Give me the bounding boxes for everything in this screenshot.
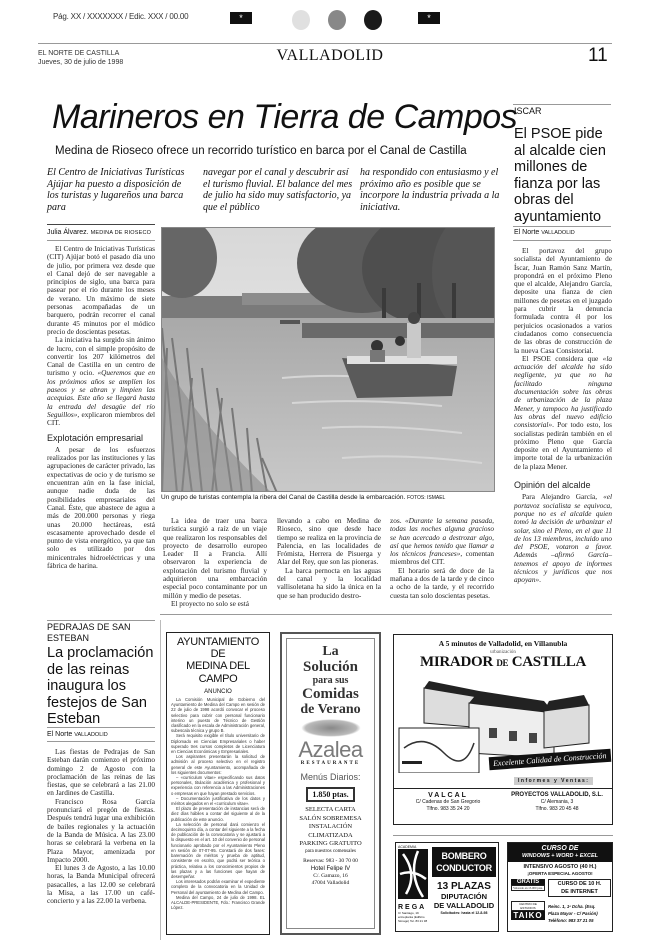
bombero-banner: BOMBERO CONDUCTOR	[432, 847, 496, 877]
register-mark-icon: *	[230, 12, 252, 24]
paragraph: llevando a cabo en Medina de Rioseco, si…	[277, 517, 381, 567]
byline: Julia Álvarez. MEDINA DE RIOSECO	[47, 229, 151, 236]
paragraph: zos. «Durante la semana pasada, todas la…	[390, 517, 494, 567]
bottom-article-body: Las fiestas de Pedrajas de San Esteban d…	[47, 748, 155, 906]
color-dot-black-icon	[364, 10, 382, 30]
masthead-info: EL NORTE DE CASTILLA Jueves, 30 de julio…	[38, 49, 123, 67]
bottom-byline-rule-2	[47, 741, 155, 742]
bottom-byline-rule	[47, 727, 155, 728]
byline-rule	[47, 224, 155, 225]
sidebar-rule-top	[513, 104, 611, 105]
article-column-1: El Centro de Iniciativas Turísticas (CIT…	[47, 245, 155, 570]
paragraph: El Centro de Iniciativas Turísticas (CIT…	[47, 245, 155, 336]
article-column-4: zos. «Durante la semana pasada, todas la…	[390, 517, 494, 600]
paragraph: La idea de traer una barca turística sur…	[163, 517, 267, 600]
ads-divider	[393, 835, 613, 836]
boat-canal-photo-icon	[162, 228, 495, 492]
paragraph: El horario será de doce de la mañana a d…	[390, 567, 494, 600]
byline-author: Julia Álvarez.	[47, 229, 89, 236]
main-headline: Marineros en Tierra de Campos	[52, 98, 517, 137]
lede-col-2: navegar por el canal y descubrir así el …	[203, 167, 355, 213]
sidebar-kicker: ISCAR	[514, 106, 542, 116]
color-dot-light-icon	[292, 10, 310, 30]
price-box: 1.850 ptas.	[306, 787, 354, 802]
ad-title-1: AYUNTAMIENTO DE	[171, 636, 265, 660]
article-photo	[161, 227, 495, 492]
ad-azalea-restaurante[interactable]: La Solución para sus Comidas de Verano A…	[280, 632, 381, 935]
photo-credit: FOTOS: ISMAEL	[407, 495, 445, 501]
register-mark-icon: *	[418, 12, 440, 24]
byline-place: MEDINA DE RIOSECO	[91, 230, 152, 236]
subtitle-explotacion: Explotación empresarial	[47, 434, 155, 442]
bottom-article-headline: La proclamación de las reinas inaugura l…	[47, 645, 157, 728]
paragraph: El proyecto no solo se está	[163, 600, 267, 608]
bottom-section-rule	[160, 614, 612, 615]
print-page-info: Pág. XX / XXXXXXX / Edic. XXX / 00.00	[53, 12, 188, 21]
paragraph: El lunes 3 de Agosto, a las 10.00 horas,…	[47, 864, 155, 905]
mirador-brand: MIRADOR DE CASTILLA	[394, 655, 612, 671]
newspaper-name: EL NORTE DE CASTILLA	[38, 49, 123, 58]
paragraph: La iniciativa ha surgido sin ánimo de lu…	[47, 336, 155, 427]
section-title: VALLADOLID	[230, 47, 430, 65]
color-dot-gray-icon	[328, 10, 346, 30]
bottom-article-rule	[47, 620, 155, 621]
ad-mirador-de-castilla[interactable]: A 5 minutos de Valladolid, en Villanubla…	[393, 634, 613, 825]
curso-banner: CURSO DE WINDOWS + WORD + EXCEL	[508, 843, 612, 862]
paragraph: El PSOE considera que «la actuación del …	[514, 355, 612, 471]
lede-col-3: ha respondido con entusiasmo y el próxim…	[360, 167, 505, 213]
ad-subtitle: ANUNCIO	[171, 689, 265, 695]
rega-logo: ACADEMIA REGA C/ Santiago, 19 entreplant…	[398, 845, 428, 931]
company-valcal: VALCAL C/ Cadenas de San Gregorio Tlfno.…	[398, 792, 498, 813]
paragraph: A pesar de los esfuerzos realizados por …	[47, 446, 155, 570]
main-subheadline: Medina de Rioseco ofrece un recorrido tu…	[55, 145, 467, 157]
ad-body: La Comisión Municipal de Gobierno del Ay…	[171, 697, 265, 910]
sidebar-headline: El PSOE pide al alcalde cien millones de…	[514, 126, 612, 225]
column-rule	[160, 620, 161, 940]
paragraph: La barca pernocta en las aguas del canal…	[277, 567, 381, 600]
paragraph: Las fiestas de Pedrajas de San Esteban d…	[47, 748, 155, 798]
paragraph: El portavoz del grupo socialista del Ayu…	[514, 247, 612, 355]
sidebar-body: El portavoz del grupo socialista del Ayu…	[514, 247, 612, 585]
article-column-2: La idea de traer una barca turística sur…	[163, 517, 267, 608]
ad-curso-windows[interactable]: CURSO DE WINDOWS + WORD + EXCEL INTENSIV…	[507, 842, 613, 932]
ad-title-2: MEDINA DEL CAMPO	[171, 660, 265, 686]
azalea-brand: Azalea	[289, 739, 372, 761]
photo-caption: Un grupo de turistas contempla la ribera…	[161, 494, 445, 501]
ad-ayuntamiento-medina[interactable]: AYUNTAMIENTO DE MEDINA DEL CAMPO ANUNCIO…	[166, 632, 270, 935]
sidebar-byline: El Norte VALLADOLID	[514, 229, 575, 236]
paragraph: Francisco Rosa García pronunciará el pre…	[47, 798, 155, 864]
page-number: 11	[588, 45, 608, 67]
sidebar-rule	[513, 226, 611, 227]
company-proyectos: PROYECTOS VALLADOLID, S.L. C/ Alemania, …	[504, 792, 610, 813]
sidebar-rule-2	[513, 240, 611, 241]
byline-rule-bottom	[47, 240, 155, 241]
bottom-article-kicker: PEDRAJAS DE SAN ESTEBAN	[47, 622, 157, 644]
tree-illustration-icon	[301, 719, 361, 737]
bottom-article-byline: El Norte VALLADOLID	[47, 731, 108, 738]
article-column-3: llevando a cabo en Medina de Rioseco, si…	[277, 517, 381, 600]
paragraph: Para Alejandro García, «el portavoz soci…	[514, 493, 612, 584]
taiko-logo: CENTRO DE ESTUDIOS TAIKO	[511, 901, 545, 920]
ad-academia-rega[interactable]: ACADEMIA REGA C/ Santiago, 19 entreplant…	[395, 842, 499, 932]
masthead-rule	[38, 43, 612, 44]
issue-date: Jueves, 30 de julio de 1998	[38, 58, 123, 67]
lede-col-1: El Centro de Iniciativas Turísticas Ajúj…	[47, 167, 192, 213]
rega-logo-icon	[398, 849, 428, 899]
sidebar-subtitle: Opinión del alcalde	[514, 481, 612, 489]
